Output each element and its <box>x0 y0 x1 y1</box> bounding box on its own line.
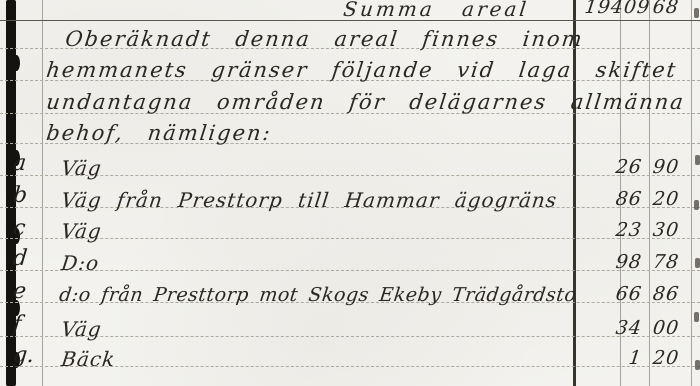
row-letter: b <box>12 183 29 208</box>
row-amount-2: 78 <box>652 251 689 273</box>
row-letter: g. <box>12 343 36 368</box>
row-amount-1: 1 <box>597 347 644 369</box>
row-label: D:o <box>60 251 101 275</box>
paragraph-line-4: behof, nämligen: <box>45 121 273 145</box>
row-label: Väg <box>60 156 103 180</box>
paragraph-line-3: undantagna områden för delägarnes allmän… <box>45 90 686 114</box>
scan-artifact <box>694 8 699 18</box>
row-label: Bäck <box>60 347 117 371</box>
row-amount-2: 90 <box>652 156 689 178</box>
summary-total-ar: 09 <box>623 0 650 18</box>
row-letter: f <box>12 312 23 337</box>
ruled-line <box>0 270 700 271</box>
ruled-line <box>0 175 700 176</box>
scan-artifact <box>695 155 700 165</box>
row-amount-1: 66 <box>597 283 644 305</box>
row-amount-1: 86 <box>597 188 644 210</box>
paragraph-line-2: hemmanets gränser följande vid laga skif… <box>45 58 679 82</box>
letter-column-line <box>42 0 43 386</box>
row-label: Väg <box>60 317 103 341</box>
row-amount-2: 20 <box>652 188 689 210</box>
row-amount-2: 86 <box>652 283 689 305</box>
row-amount-2: 20 <box>652 347 689 369</box>
summary-label: Summa areal <box>342 0 530 21</box>
row-amount-2: 30 <box>652 219 689 241</box>
binding-bar-blot <box>13 55 20 71</box>
row-letter: e <box>12 279 28 304</box>
row-amount-2: 00 <box>652 317 689 339</box>
scan-artifact <box>695 258 700 268</box>
row-amount-1: 23 <box>597 219 644 241</box>
row-amount-1: 34 <box>597 317 644 339</box>
row-label: Väg från Presttorp till Hammar ägogräns <box>60 188 559 212</box>
row-letter: c <box>12 216 27 241</box>
row-label: d:o från Presttorp mot Skogs Ekeby Trädg… <box>58 284 577 306</box>
row-letter: d <box>12 246 29 271</box>
row-amount-1: 26 <box>597 156 644 178</box>
ledger-page: Summa areal 194 09 68 Oberäknadt denna a… <box>0 0 700 386</box>
ruled-line <box>0 336 700 337</box>
row-amount-1: 98 <box>597 251 644 273</box>
row-letter: a <box>12 151 28 176</box>
summary-total-hectare: 194 <box>577 0 626 18</box>
scan-artifact <box>694 312 699 322</box>
scan-artifact <box>694 200 699 210</box>
paragraph-line-1: Oberäknadt denna areal finnes inom <box>64 27 585 51</box>
column-line <box>691 0 692 386</box>
ruled-line <box>0 238 700 239</box>
scan-artifact <box>695 360 700 370</box>
summary-total-fraction: 68 <box>649 0 684 18</box>
row-label: Väg <box>60 219 103 243</box>
